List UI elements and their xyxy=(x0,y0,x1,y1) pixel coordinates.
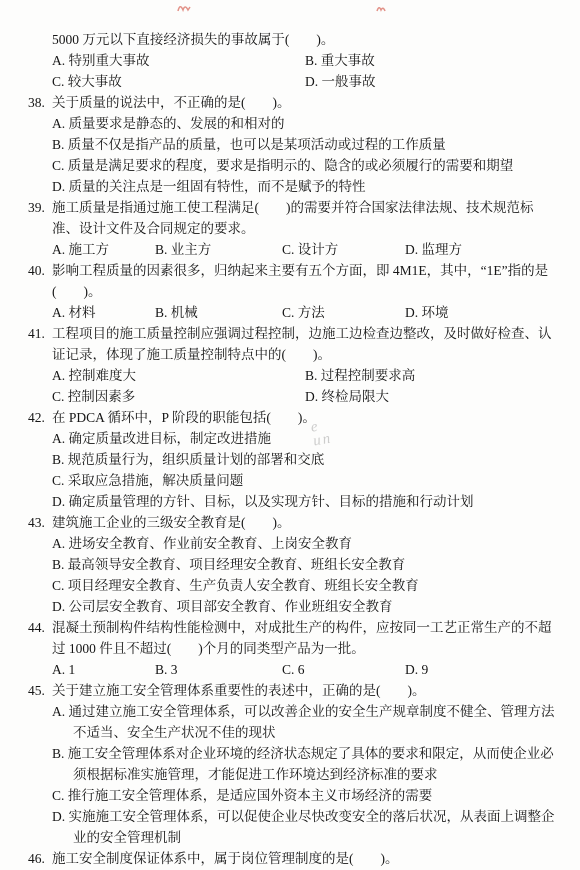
question-number: 39. xyxy=(28,197,52,218)
option-text: 公司层安全教育、项目部安全教育、作业班组安全教育 xyxy=(69,599,393,614)
option-text: 过程控制要求高 xyxy=(321,368,416,383)
option-label: C. xyxy=(52,473,64,488)
question-number: 43. xyxy=(28,512,52,533)
question-body: 建筑施工企业的三级安全教育是( )。A. 进场安全教育、作业前安全教育、上岗安全… xyxy=(52,512,556,617)
options: A. 通过建立施工安全管理体系，可以改善企业的安全生产规章制度不健全、管理方法不… xyxy=(52,701,556,848)
option-text: 控制难度大 xyxy=(69,368,137,383)
option-label: A. xyxy=(52,53,65,68)
question-number: 41. xyxy=(28,323,52,344)
option-c: C. 质量是满足要求的程度，要求是指明示的、隐含的或必须履行的需要和期望 xyxy=(52,155,556,176)
option-b: B. 重大事故 xyxy=(305,50,556,71)
option-a: A. 1 xyxy=(52,659,155,680)
question-stem: 工程项目的施工质量控制应强调过程控制，边施工边检查边整改，及时做好检查、认证记录… xyxy=(52,323,556,365)
question-stem: 影响工程质量的因素很多，归纳起来主要有五个方面，即 4M1E，其中，“1E”指的… xyxy=(52,260,556,302)
option-text: 采取应急措施，解决质量问题 xyxy=(68,473,244,488)
question: 46.施工安全制度保证体系中，属于岗位管理制度的是( )。 xyxy=(28,848,556,869)
questions: 5000 万元以下直接经济损失的事故属于( )。A. 特别重大事故B. 重大事故… xyxy=(28,29,556,869)
question-body: 施工质量是指通过施工使工程满足( )的需要并符合国家法律法规、技术规范标准、设计… xyxy=(52,197,556,260)
option-label: A. xyxy=(52,368,65,383)
question: 39.施工质量是指通过施工使工程满足( )的需要并符合国家法律法规、技术规范标准… xyxy=(28,197,556,260)
options: A. 材料B. 机械C. 方法D. 环境 xyxy=(52,302,556,323)
option-d: D. 公司层安全教育、项目部安全教育、作业班组安全教育 xyxy=(52,596,556,617)
question-number: 40. xyxy=(28,260,52,281)
question: 5000 万元以下直接经济损失的事故属于( )。A. 特别重大事故B. 重大事故… xyxy=(28,29,556,92)
question-stem: 在 PDCA 循环中，P 阶段的职能包括( )。 xyxy=(52,407,556,428)
options: A. 1B. 3C. 6D. 9 xyxy=(52,659,556,680)
option-text: 监理方 xyxy=(422,242,463,257)
option-c: C. 控制因素多 xyxy=(52,386,305,407)
options: A. 控制难度大B. 过程控制要求高C. 控制因素多D. 终检局限大 xyxy=(52,365,556,407)
option-a: A. 进场安全教育、作业前安全教育、上岗安全教育 xyxy=(52,533,556,554)
option-d: D. 一般事故 xyxy=(305,71,556,92)
question: 38.关于质量的说法中，不正确的是( )。A. 质量要求是静态的、发展的和相对的… xyxy=(28,92,556,197)
question-body: 关于建立施工安全管理体系重要性的表述中，正确的是( )。A. 通过建立施工安全管… xyxy=(52,680,556,848)
options: A. 质量要求是静态的、发展的和相对的B. 质量不仅是指产品的质量，也可以是某项… xyxy=(52,113,556,197)
question: 40.影响工程质量的因素很多，归纳起来主要有五个方面，即 4M1E，其中，“1E… xyxy=(28,260,556,323)
option-label: A. xyxy=(52,662,65,677)
option-label: A. xyxy=(52,704,65,719)
option-text: 施工方 xyxy=(69,242,110,257)
option-text: 重大事故 xyxy=(321,53,375,68)
option-label: A. xyxy=(52,305,65,320)
option-c: C. 较大事故 xyxy=(52,71,305,92)
option-text: 推行施工安全管理体系，是适应国外资本主义市场经济的需要 xyxy=(68,788,433,803)
options: A. 进场安全教育、作业前安全教育、上岗安全教育B. 最高领导安全教育、项目经理… xyxy=(52,533,556,617)
question-stem: 关于质量的说法中，不正确的是( )。 xyxy=(52,92,556,113)
question: 43.建筑施工企业的三级安全教育是( )。A. 进场安全教育、作业前安全教育、上… xyxy=(28,512,556,617)
red-pen-mark-right xyxy=(375,3,387,14)
option-label: B. xyxy=(52,557,64,572)
option-label: D. xyxy=(405,305,418,320)
option-label: B. xyxy=(52,452,64,467)
question-stem: 5000 万元以下直接经济损失的事故属于( )。 xyxy=(52,29,556,50)
option-label: C. xyxy=(282,305,294,320)
options: A. 确定质量改进目标，制定改进措施B. 规范质量行为，组织质量计划的部署和交底… xyxy=(52,428,556,512)
option-label: C. xyxy=(52,578,64,593)
option-a: A. 材料 xyxy=(52,302,155,323)
option-label: B. xyxy=(305,368,317,383)
option-text: 终检局限大 xyxy=(322,389,390,404)
option-label: A. xyxy=(52,431,65,446)
option-c: C. 设计方 xyxy=(282,239,405,260)
question-body: 施工安全制度保证体系中，属于岗位管理制度的是( )。 xyxy=(52,848,556,869)
option-text: 控制因素多 xyxy=(68,389,136,404)
option-text: 确定质量管理的方针、目标，以及实现方针、目标的措施和行动计划 xyxy=(69,494,474,509)
option-label: B. xyxy=(155,662,167,677)
option-text: 材料 xyxy=(69,305,96,320)
question-body: 影响工程质量的因素很多，归纳起来主要有五个方面，即 4M1E，其中，“1E”指的… xyxy=(52,260,556,323)
option-label: B. xyxy=(305,53,317,68)
question-stem: 施工质量是指通过施工使工程满足( )的需要并符合国家法律法规、技术规范标准、设计… xyxy=(52,197,556,239)
option-d: D. 终检局限大 xyxy=(305,386,556,407)
option-text: 质量的关注点是一组固有特性，而不是赋予的特性 xyxy=(69,179,366,194)
option-d: D. 确定质量管理的方针、目标，以及实现方针、目标的措施和行动计划 xyxy=(52,491,556,512)
option-text: 通过建立施工安全管理体系，可以改善企业的安全生产规章制度不健全、管理方法不适当、… xyxy=(69,704,555,740)
option-label: D. xyxy=(52,494,65,509)
option-d: D. 9 xyxy=(405,659,556,680)
option-d: D. 质量的关注点是一组固有特性，而不是赋予的特性 xyxy=(52,176,556,197)
option-text: 方法 xyxy=(298,305,325,320)
option-d: D. 环境 xyxy=(405,302,556,323)
question-stem: 建筑施工企业的三级安全教育是( )。 xyxy=(52,512,556,533)
question-stem: 关于建立施工安全管理体系重要性的表述中，正确的是( )。 xyxy=(52,680,556,701)
option-label: B. xyxy=(155,305,167,320)
options: A. 特别重大事故B. 重大事故C. 较大事故D. 一般事故 xyxy=(52,50,556,92)
option-label: C. xyxy=(52,158,64,173)
option-c: C. 方法 xyxy=(282,302,405,323)
option-label: D. xyxy=(305,389,318,404)
question-body: 在 PDCA 循环中，P 阶段的职能包括( )。A. 确定质量改进目标，制定改进… xyxy=(52,407,556,512)
option-label: D. xyxy=(52,599,65,614)
option-b: B. 机械 xyxy=(155,302,282,323)
option-label: D. xyxy=(405,242,418,257)
question: 45.关于建立施工安全管理体系重要性的表述中，正确的是( )。A. 通过建立施工… xyxy=(28,680,556,848)
option-label: D. xyxy=(305,74,318,89)
option-label: D. xyxy=(52,179,65,194)
question: 41.工程项目的施工质量控制应强调过程控制，边施工边检查边整改，及时做好检查、认… xyxy=(28,323,556,407)
question-number: 44. xyxy=(28,617,52,638)
option-text: 进场安全教育、作业前安全教育、上岗安全教育 xyxy=(69,536,353,551)
option-a: A. 控制难度大 xyxy=(52,365,305,386)
option-b: B. 规范质量行为，组织质量计划的部署和交底 xyxy=(52,449,556,470)
option-label: B. xyxy=(52,746,64,761)
option-label: A. xyxy=(52,242,65,257)
question: 44.混凝土预制构件结构性能检测中，对成批生产的构件，应按同一工艺正常生产的不超… xyxy=(28,617,556,680)
option-label: B. xyxy=(155,242,167,257)
option-b: B. 业主方 xyxy=(155,239,282,260)
option-text: 9 xyxy=(422,662,429,677)
option-text: 最高领导安全教育、项目经理安全教育、班组长安全教育 xyxy=(68,557,406,572)
option-label: D. xyxy=(405,662,418,677)
option-label: A. xyxy=(52,536,65,551)
option-text: 业主方 xyxy=(171,242,212,257)
option-label: C. xyxy=(52,74,64,89)
option-c: C. 6 xyxy=(282,659,405,680)
option-text: 施工安全管理体系对企业环境的经济状态规定了具体的要求和限定，从而使企业必须根据标… xyxy=(68,746,554,782)
question: 42.在 PDCA 循环中，P 阶段的职能包括( )。A. 确定质量改进目标，制… xyxy=(28,407,556,512)
option-text: 质量是满足要求的程度，要求是指明示的、隐含的或必须履行的需要和期望 xyxy=(68,158,514,173)
options: A. 施工方B. 业主方C. 设计方D. 监理方 xyxy=(52,239,556,260)
option-a: A. 质量要求是静态的、发展的和相对的 xyxy=(52,113,556,134)
option-text: 1 xyxy=(69,662,76,677)
option-text: 较大事故 xyxy=(68,74,122,89)
question-number: 45. xyxy=(28,680,52,701)
option-b: B. 过程控制要求高 xyxy=(305,365,556,386)
question-stem: 施工安全制度保证体系中，属于岗位管理制度的是( )。 xyxy=(52,848,556,869)
option-c: C. 项目经理安全教育、生产负责人安全教育、班组长安全教育 xyxy=(52,575,556,596)
option-c: C. 采取应急措施，解决质量问题 xyxy=(52,470,556,491)
red-pen-mark-left xyxy=(176,2,192,14)
option-c: C. 推行施工安全管理体系，是适应国外资本主义市场经济的需要 xyxy=(52,785,556,806)
option-label: C. xyxy=(282,662,294,677)
question-number: 38. xyxy=(28,92,52,113)
option-text: 一般事故 xyxy=(322,74,376,89)
question-body: 关于质量的说法中，不正确的是( )。A. 质量要求是静态的、发展的和相对的B. … xyxy=(52,92,556,197)
option-a: A. 确定质量改进目标，制定改进措施 xyxy=(52,428,556,449)
question-body: 工程项目的施工质量控制应强调过程控制，边施工边检查边整改，及时做好检查、认证记录… xyxy=(52,323,556,407)
option-text: 实施施工安全管理体系，可以促使企业尽快改变安全的落后状况，从表面上调整企业的安全… xyxy=(69,809,555,845)
option-a: A. 施工方 xyxy=(52,239,155,260)
option-label: C. xyxy=(52,788,64,803)
exam-document: e un 5000 万元以下直接经济损失的事故属于( )。A. 特别重大事故B.… xyxy=(0,0,580,870)
question-body: 5000 万元以下直接经济损失的事故属于( )。A. 特别重大事故B. 重大事故… xyxy=(52,29,556,92)
option-label: A. xyxy=(52,116,65,131)
option-text: 机械 xyxy=(171,305,198,320)
option-b: B. 3 xyxy=(155,659,282,680)
option-text: 规范质量行为，组织质量计划的部署和交底 xyxy=(68,452,325,467)
option-text: 6 xyxy=(298,662,305,677)
option-a: A. 通过建立施工安全管理体系，可以改善企业的安全生产规章制度不健全、管理方法不… xyxy=(52,701,556,743)
option-text: 3 xyxy=(171,662,178,677)
option-d: D. 实施施工安全管理体系，可以促使企业尽快改变安全的落后状况，从表面上调整企业… xyxy=(52,806,556,848)
option-b: B. 质量不仅是指产品的质量，也可以是某项活动或过程的工作质量 xyxy=(52,134,556,155)
question-body: 混凝土预制构件结构性能检测中，对成批生产的构件，应按同一工艺正常生产的不超过 1… xyxy=(52,617,556,680)
option-text: 确定质量改进目标，制定改进措施 xyxy=(69,431,272,446)
option-label: C. xyxy=(282,242,294,257)
question-number: 46. xyxy=(28,848,52,869)
question-stem: 混凝土预制构件结构性能检测中，对成批生产的构件，应按同一工艺正常生产的不超过 1… xyxy=(52,617,556,659)
option-text: 环境 xyxy=(422,305,449,320)
option-d: D. 监理方 xyxy=(405,239,556,260)
option-label: B. xyxy=(52,137,64,152)
option-b: B. 施工安全管理体系对企业环境的经济状态规定了具体的要求和限定，从而使企业必须… xyxy=(52,743,556,785)
option-a: A. 特别重大事故 xyxy=(52,50,305,71)
option-text: 质量不仅是指产品的质量，也可以是某项活动或过程的工作质量 xyxy=(68,137,446,152)
option-label: C. xyxy=(52,389,64,404)
option-label: D. xyxy=(52,809,65,824)
question-number: 42. xyxy=(28,407,52,428)
option-text: 项目经理安全教育、生产负责人安全教育、班组长安全教育 xyxy=(68,578,419,593)
option-text: 特别重大事故 xyxy=(69,53,150,68)
option-b: B. 最高领导安全教育、项目经理安全教育、班组长安全教育 xyxy=(52,554,556,575)
option-text: 设计方 xyxy=(298,242,339,257)
option-text: 质量要求是静态的、发展的和相对的 xyxy=(69,116,285,131)
